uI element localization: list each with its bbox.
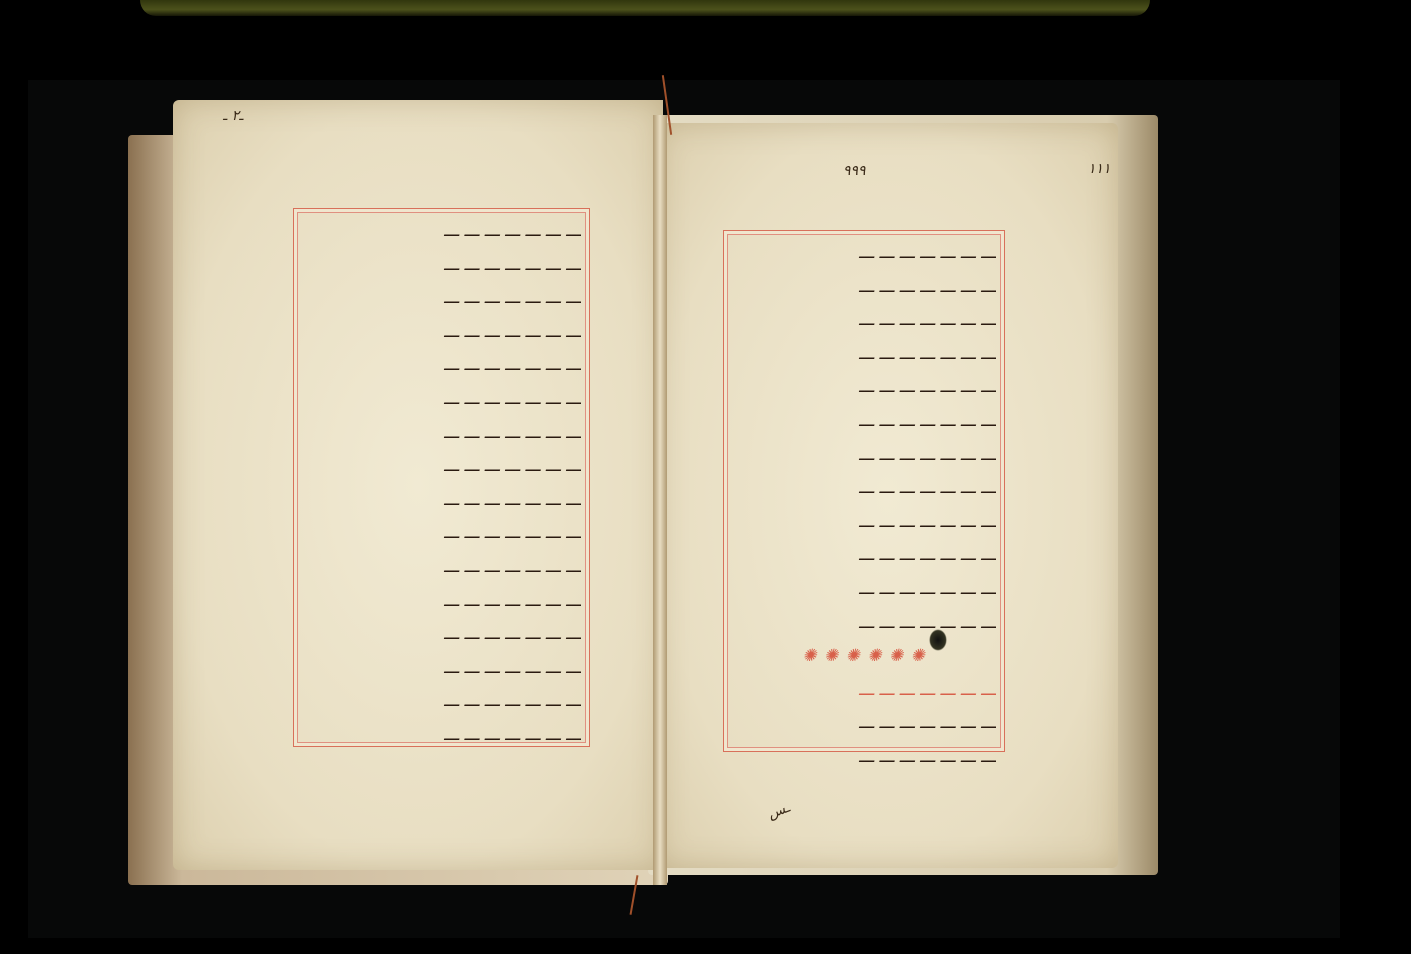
text-line: ـــ ـــ ـــ ـــ ـــ ـــ ـــ (732, 304, 996, 338)
text-line: ـــ ـــ ـــ ـــ ـــ ـــ ـــ (732, 472, 996, 506)
text-line: ـــ ـــ ـــ ـــ ـــ ـــ ـــ (302, 685, 581, 719)
open-manuscript: ـ٢ ـ ٩٩٩ ١١١ ـس ـــ ـــ ـــ ـــ ـــ ـــ … (128, 95, 1158, 895)
text-line: ـــ ـــ ـــ ـــ ـــ ـــ ـــ (302, 417, 581, 451)
text-line: ـــ ـــ ـــ ـــ ـــ ـــ ـــ (302, 282, 581, 316)
text-line: ـــ ـــ ـــ ـــ ـــ ـــ ـــ (302, 249, 581, 283)
left-text-block: ـــ ـــ ـــ ـــ ـــ ـــ ـــ ـــ ـــ ـــ … (302, 215, 581, 753)
text-line: ـــ ـــ ـــ ـــ ـــ ـــ ـــ (302, 517, 581, 551)
text-line: ـــ ـــ ـــ ـــ ـــ ـــ ـــ (302, 652, 581, 686)
catchword: ـس (766, 800, 792, 823)
ink-stain (929, 629, 947, 651)
left-corner-note: ـ٢ ـ (223, 108, 243, 124)
text-line: ـــ ـــ ـــ ـــ ـــ ـــ ـــ (302, 383, 581, 417)
text-line: ـــ ـــ ـــ ـــ ـــ ـــ ـــ (302, 450, 581, 484)
top-edge-strip (140, 0, 1150, 16)
text-line: ـــ ـــ ـــ ـــ ـــ ـــ ـــ (732, 338, 996, 372)
text-line: ـــ ـــ ـــ ـــ ـــ ـــ ـــ (302, 316, 581, 350)
folio-number-corner: ١١١ (1088, 161, 1111, 177)
text-line: ـــ ـــ ـــ ـــ ـــ ـــ ـــ (732, 707, 996, 741)
text-line: ـــ ـــ ـــ ـــ ـــ ـــ ـــ (732, 271, 996, 305)
text-line: ـــ ـــ ـــ ـــ ـــ ـــ ـــ (302, 551, 581, 585)
right-text-block: ـــ ـــ ـــ ـــ ـــ ـــ ـــ ـــ ـــ ـــ … (732, 237, 996, 775)
text-line: ـــ ـــ ـــ ـــ ـــ ـــ ـــ (732, 539, 996, 573)
left-text-frame: ـــ ـــ ـــ ـــ ـــ ـــ ـــ ـــ ـــ ـــ … (293, 208, 590, 747)
text-line: ـــ ـــ ـــ ـــ ـــ ـــ ـــ (302, 349, 581, 383)
text-line: ـــ ـــ ـــ ـــ ـــ ـــ ـــ (302, 585, 581, 619)
text-line: ـــ ـــ ـــ ـــ ـــ ـــ ـــ (302, 215, 581, 249)
text-line: ـــ ـــ ـــ ـــ ـــ ـــ ـــ (732, 405, 996, 439)
rosette-divider: ✺ ✺ ✺ ✺ ✺ ✺ (732, 640, 996, 674)
text-line: ـــ ـــ ـــ ـــ ـــ ـــ ـــ (732, 506, 996, 540)
folio-number-top: ٩٩٩ (843, 163, 866, 179)
text-line: ـــ ـــ ـــ ـــ ـــ ـــ ـــ (732, 607, 996, 641)
text-line: ـــ ـــ ـــ ـــ ـــ ـــ ـــ (732, 237, 996, 271)
rubric-line: ـــ ـــ ـــ ـــ ـــ ـــ ـــ (732, 674, 996, 708)
text-line: ـــ ـــ ـــ ـــ ـــ ـــ ـــ (302, 618, 581, 652)
text-line: ـــ ـــ ـــ ـــ ـــ ـــ ـــ (302, 484, 581, 518)
text-line: ـــ ـــ ـــ ـــ ـــ ـــ ـــ (732, 371, 996, 405)
book-gutter (653, 115, 667, 885)
text-line: ـــ ـــ ـــ ـــ ـــ ـــ ـــ (732, 741, 996, 775)
text-line: ـــ ـــ ـــ ـــ ـــ ـــ ـــ (302, 719, 581, 753)
right-text-frame: ـــ ـــ ـــ ـــ ـــ ـــ ـــ ـــ ـــ ـــ … (723, 230, 1005, 752)
text-line: ـــ ـــ ـــ ـــ ـــ ـــ ـــ (732, 439, 996, 473)
text-line: ـــ ـــ ـــ ـــ ـــ ـــ ـــ (732, 573, 996, 607)
